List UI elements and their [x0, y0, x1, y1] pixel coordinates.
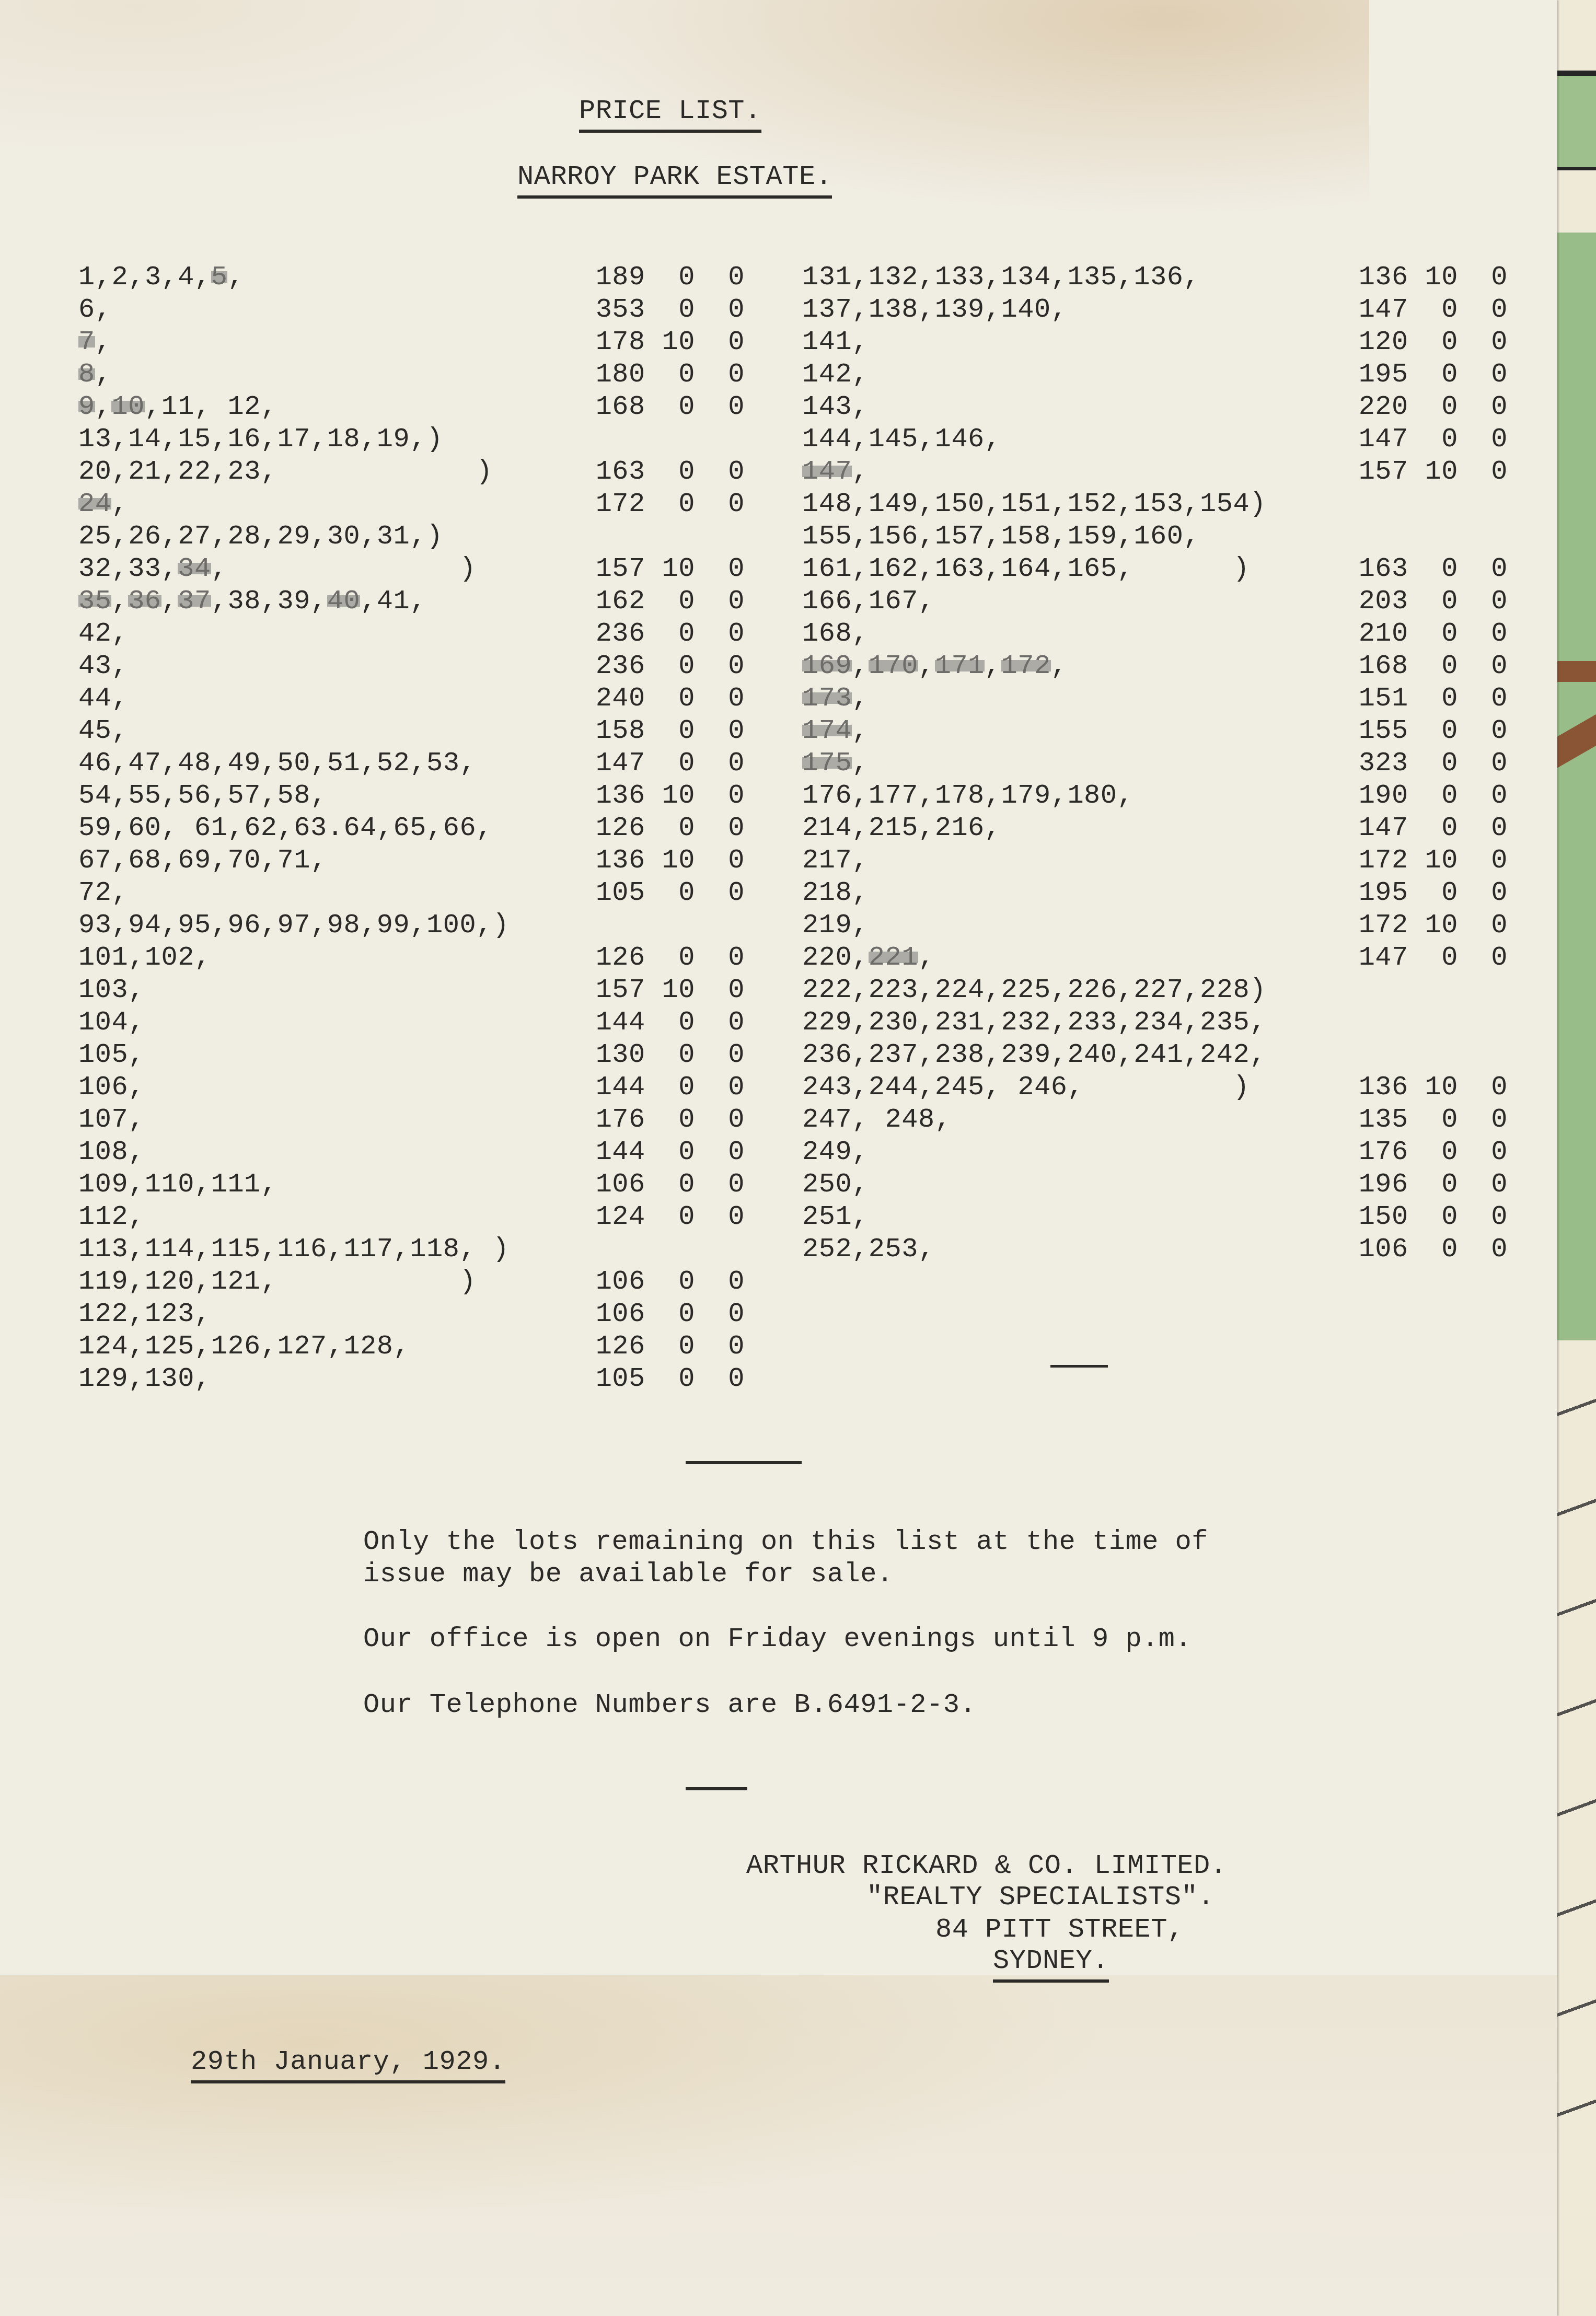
lot-numbers: 35,36,37,38,39,40,41, — [78, 585, 601, 618]
document-title: PRICE LIST. — [579, 95, 761, 133]
struck-lot: 40 — [327, 586, 360, 617]
lot-price: 106 0 0 — [1320, 1233, 1508, 1266]
document-date: 29th January, 1929. — [191, 2046, 505, 2083]
lot-price: 147 0 0 — [1320, 942, 1508, 974]
lot-numbers: 175, — [802, 747, 1325, 780]
lot-price: 236 0 0 — [557, 650, 745, 682]
paper-stain — [0, 1975, 1557, 2316]
lot-price: 178 10 0 — [557, 326, 745, 358]
company-name: ARTHUR RICKARD & CO. LIMITED. — [746, 1850, 1227, 1882]
map-green-area — [1554, 233, 1596, 1340]
struck-lot: 170 — [869, 651, 918, 681]
divider — [1050, 1365, 1108, 1368]
lot-price: 147 0 0 — [1320, 294, 1508, 326]
lot-price: 124 0 0 — [557, 1201, 745, 1233]
struck-lot: 169 — [802, 651, 852, 681]
lot-numbers: 105, — [78, 1039, 601, 1071]
lot-numbers: 13,14,15,16,17,18,19,) — [78, 423, 601, 456]
lot-numbers: 93,94,95,96,97,98,99,100,) — [78, 909, 601, 942]
lot-price: 158 0 0 — [557, 715, 745, 747]
struck-lot: 35 — [78, 586, 111, 617]
struck-lot: 173 — [802, 683, 852, 714]
struck-lot: 37 — [178, 586, 211, 617]
lot-numbers: 67,68,69,70,71, — [78, 844, 601, 877]
lot-price: 195 0 0 — [1320, 877, 1508, 909]
lot-price: 203 0 0 — [1320, 585, 1508, 618]
lot-price: 144 0 0 — [557, 1136, 745, 1168]
lot-price: 105 0 0 — [557, 877, 745, 909]
company-address: 84 PITT STREET, — [935, 1914, 1184, 1946]
lot-price: 163 0 0 — [1320, 553, 1508, 585]
lot-price: 147 0 0 — [557, 747, 745, 780]
lot-price: 120 0 0 — [1320, 326, 1508, 358]
lot-numbers: 229,230,231,232,233,234,235, — [802, 1006, 1325, 1039]
lot-numbers: 174, — [802, 715, 1325, 747]
company-city: SYDNEY. — [993, 1945, 1109, 1983]
lot-numbers: 251, — [802, 1201, 1325, 1233]
lot-price: 151 0 0 — [1320, 682, 1508, 715]
lot-numbers: 217, — [802, 844, 1325, 877]
office-hours-note: Our office is open on Friday evenings un… — [363, 1623, 1192, 1655]
lot-price: 155 0 0 — [1320, 715, 1508, 747]
struck-lot: 9 — [78, 391, 95, 422]
lot-price: 168 0 0 — [1320, 650, 1508, 682]
lot-numbers: 148,149,150,151,152,153,154) — [802, 488, 1325, 520]
lot-price: 136 10 0 — [1320, 1071, 1508, 1104]
lot-price: 157 10 0 — [557, 974, 745, 1006]
struck-lot: 221 — [869, 942, 918, 973]
lot-numbers: 109,110,111, — [78, 1168, 601, 1201]
lot-numbers: 252,253, — [802, 1233, 1325, 1266]
lot-numbers: 143, — [802, 391, 1325, 423]
lot-numbers: 169,170,171,172, — [802, 650, 1325, 682]
lot-numbers: 166,167, — [802, 585, 1325, 618]
lot-price: 240 0 0 — [557, 682, 745, 715]
lot-price: 126 0 0 — [557, 812, 745, 844]
struck-lot: 10 — [111, 391, 144, 422]
lot-price: 147 0 0 — [1320, 812, 1508, 844]
lot-numbers: 103, — [78, 974, 601, 1006]
lot-price: 136 10 0 — [1320, 261, 1508, 294]
struck-lot: 5 — [211, 262, 228, 293]
lot-price: 150 0 0 — [1320, 1201, 1508, 1233]
lot-numbers: 72, — [78, 877, 601, 909]
struck-lot: 175 — [802, 748, 852, 779]
struck-lot: 147 — [802, 456, 852, 487]
lot-numbers: 124,125,126,127,128, — [78, 1330, 601, 1363]
lot-numbers: 43, — [78, 650, 601, 682]
lot-price: 126 0 0 — [557, 942, 745, 974]
lot-numbers: 42, — [78, 618, 601, 650]
lot-numbers: 142, — [802, 358, 1325, 391]
lot-price: 144 0 0 — [557, 1071, 745, 1104]
lot-numbers: 243,244,245, 246, ) — [802, 1071, 1325, 1104]
lot-numbers: 32,33,34, ) — [78, 553, 601, 585]
lot-price: 195 0 0 — [1320, 358, 1508, 391]
lot-numbers: 106, — [78, 1071, 601, 1104]
lot-numbers: 25,26,27,28,29,30,31,) — [78, 520, 601, 553]
lot-price: 353 0 0 — [557, 294, 745, 326]
lot-numbers: 173, — [802, 682, 1325, 715]
map-road — [1554, 661, 1596, 682]
lot-price: 106 0 0 — [557, 1266, 745, 1298]
struck-lot: 34 — [178, 553, 211, 584]
lot-price: 105 0 0 — [557, 1363, 745, 1395]
lot-numbers: 155,156,157,158,159,160, — [802, 520, 1325, 553]
lot-numbers: 24, — [78, 488, 601, 520]
lot-numbers: 44, — [78, 682, 601, 715]
lot-price: 236 0 0 — [557, 618, 745, 650]
lot-price: 106 0 0 — [557, 1168, 745, 1201]
lot-price: 172 0 0 — [557, 488, 745, 520]
struck-lot: 24 — [78, 489, 111, 519]
lot-price: 172 10 0 — [1320, 844, 1508, 877]
lot-numbers: 6, — [78, 294, 601, 326]
lot-price: 147 0 0 — [1320, 423, 1508, 456]
lot-numbers: 222,223,224,225,226,227,228) — [802, 974, 1325, 1006]
lot-numbers: 119,120,121, ) — [78, 1266, 601, 1298]
lot-numbers: 101,102, — [78, 942, 601, 974]
lot-price: 130 0 0 — [557, 1039, 745, 1071]
lot-price: 180 0 0 — [557, 358, 745, 391]
lot-numbers: 176,177,178,179,180, — [802, 780, 1325, 812]
lot-price: 172 10 0 — [1320, 909, 1508, 942]
lot-numbers: 1,2,3,4,5, — [78, 261, 601, 294]
lot-price: 163 0 0 — [557, 456, 745, 488]
lot-numbers: 108, — [78, 1136, 601, 1168]
lot-numbers: 218, — [802, 877, 1325, 909]
struck-lot: 172 — [1001, 651, 1051, 681]
lot-numbers: 144,145,146, — [802, 423, 1325, 456]
estate-name: NARROY PARK ESTATE. — [517, 161, 832, 199]
company-tagline: "REALTY SPECIALISTS". — [866, 1881, 1215, 1914]
lot-price: 176 0 0 — [557, 1104, 745, 1136]
lot-price: 136 10 0 — [557, 844, 745, 877]
lot-numbers: 59,60, 61,62,63.64,65,66, — [78, 812, 601, 844]
lot-numbers: 8, — [78, 358, 601, 391]
struck-lot: 174 — [802, 715, 852, 746]
lot-price: 106 0 0 — [557, 1298, 745, 1330]
lot-numbers: 113,114,115,116,117,118, ) — [78, 1233, 601, 1266]
availability-note-line-2: issue may be available for sale. — [363, 1558, 894, 1591]
lot-numbers: 46,47,48,49,50,51,52,53, — [78, 747, 601, 780]
struck-lot: 7 — [78, 327, 95, 357]
lot-numbers: 129,130, — [78, 1363, 601, 1395]
struck-lot: 36 — [128, 586, 161, 617]
lot-numbers: 168, — [802, 618, 1325, 650]
lot-price: 176 0 0 — [1320, 1136, 1508, 1168]
lot-numbers: 141, — [802, 326, 1325, 358]
lot-numbers: 54,55,56,57,58, — [78, 780, 601, 812]
divider — [686, 1461, 802, 1464]
lot-price: 157 10 0 — [1320, 456, 1508, 488]
lot-numbers: 137,138,139,140, — [802, 294, 1325, 326]
price-list-page: PRICE LIST. NARROY PARK ESTATE. Only the… — [0, 0, 1557, 2316]
lot-price: 157 10 0 — [557, 553, 745, 585]
lot-numbers: 249, — [802, 1136, 1325, 1168]
lot-numbers: 161,162,163,164,165, ) — [802, 553, 1325, 585]
lot-price: 210 0 0 — [1320, 618, 1508, 650]
lot-numbers: 104, — [78, 1006, 601, 1039]
lot-numbers: 20,21,22,23, ) — [78, 456, 601, 488]
availability-note-line-1: Only the lots remaining on this list at … — [363, 1526, 1208, 1558]
lot-price: 190 0 0 — [1320, 780, 1508, 812]
struck-lot: 171 — [935, 651, 985, 681]
lot-price: 189 0 0 — [557, 261, 745, 294]
lot-numbers: 131,132,133,134,135,136, — [802, 261, 1325, 294]
lot-numbers: 250, — [802, 1168, 1325, 1201]
lot-numbers: 214,215,216, — [802, 812, 1325, 844]
struck-lot: 8 — [78, 359, 95, 390]
lot-numbers: 122,123, — [78, 1298, 601, 1330]
lot-numbers: 7, — [78, 326, 601, 358]
telephone-note: Our Telephone Numbers are B.6491-2-3. — [363, 1689, 976, 1721]
lot-numbers: 45, — [78, 715, 601, 747]
lot-price: 126 0 0 — [557, 1330, 745, 1363]
lot-numbers: 112, — [78, 1201, 601, 1233]
lot-price: 136 10 0 — [557, 780, 745, 812]
lot-numbers: 9,10,11, 12, — [78, 391, 601, 423]
lot-price: 135 0 0 — [1320, 1104, 1508, 1136]
lot-price: 168 0 0 — [557, 391, 745, 423]
lot-price: 323 0 0 — [1320, 747, 1508, 780]
lot-numbers: 247, 248, — [802, 1104, 1325, 1136]
lot-price: 144 0 0 — [557, 1006, 745, 1039]
lot-numbers: 147, — [802, 456, 1325, 488]
lot-numbers: 220,221, — [802, 942, 1325, 974]
lot-numbers: 236,237,238,239,240,241,242, — [802, 1039, 1325, 1071]
map-lot-lines — [1554, 1364, 1596, 2148]
lot-numbers: 107, — [78, 1104, 601, 1136]
lot-price: 220 0 0 — [1320, 391, 1508, 423]
lot-numbers: 219, — [802, 909, 1325, 942]
lot-price: 196 0 0 — [1320, 1168, 1508, 1201]
lot-price: 162 0 0 — [557, 585, 745, 618]
divider — [686, 1787, 747, 1790]
